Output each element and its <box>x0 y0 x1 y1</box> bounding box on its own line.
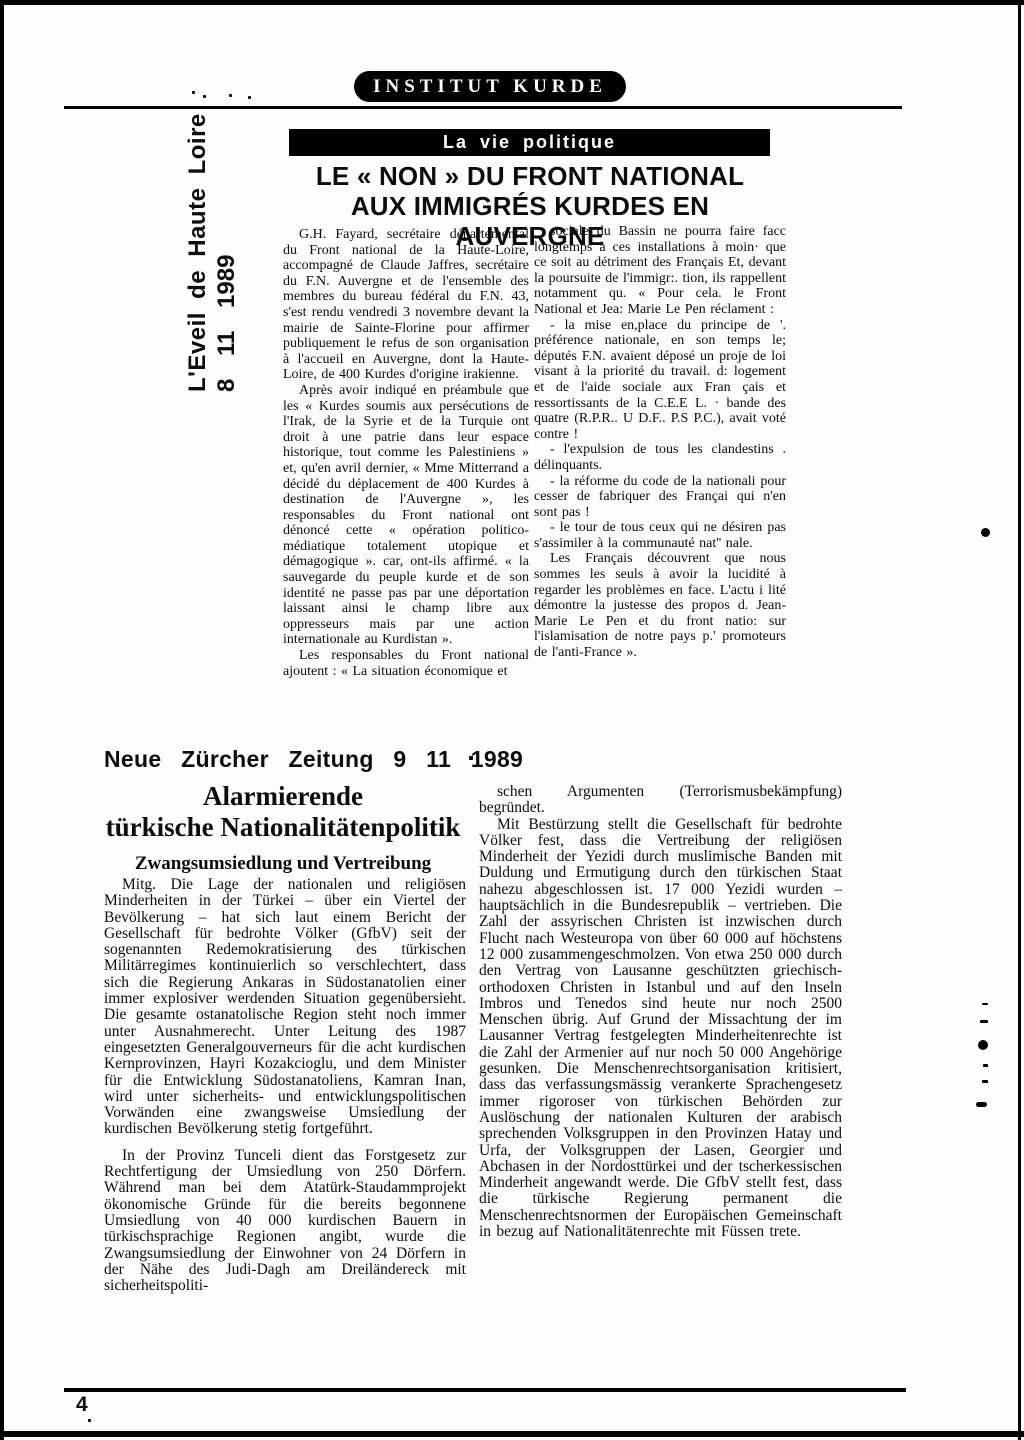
german-column-1: Mitg. Die Lage der nationalen und religi… <box>104 877 466 1294</box>
german-source-label: Neue Zürcher Zeitung 9 11 1989 <box>104 746 523 773</box>
page-border-right <box>1018 0 1021 1440</box>
paragraph: Après avoir indiqué en préambule que les… <box>283 383 529 648</box>
page-border-top <box>0 0 1024 5</box>
footer-rule <box>64 1388 906 1392</box>
page-border-bottom <box>0 1431 1024 1437</box>
scan-artifact <box>981 528 990 537</box>
scan-artifact <box>983 1064 988 1067</box>
scan-artifact <box>192 91 195 94</box>
paragraph: Les Français découvrent que nous sommes … <box>534 551 786 660</box>
french-source-date: 8 11 1989 <box>212 113 241 392</box>
paragraph: - l'expulsion de tous les clandestins . … <box>534 442 786 473</box>
scan-artifact <box>980 1020 988 1023</box>
french-column-1: G.H. Fayard, secrétaire départemental du… <box>283 227 529 679</box>
german-article-title-line2: türkische Nationalitätenpolitik <box>100 812 466 843</box>
scan-artifact <box>469 756 473 760</box>
page-border-left <box>0 0 4 1440</box>
section-banner: La vie politique <box>289 129 770 156</box>
institut-kurde-badge-label: INSTITUT KURDE <box>373 76 607 98</box>
german-article-subtitle: Zwangsumsiedlung und Vertreibung <box>100 848 466 879</box>
scan-artifact <box>982 1003 988 1005</box>
german-article-title-line1: Alarmierende <box>100 781 466 812</box>
paragraph: - la réforme du code de la nationali pou… <box>534 474 786 521</box>
paragraph: G.H. Fayard, secrétaire départemental du… <box>283 227 529 383</box>
scan-artifact <box>88 1419 91 1422</box>
page-number: 4 <box>76 1393 88 1417</box>
scan-artifact <box>248 96 251 99</box>
header-rule <box>64 106 902 109</box>
paragraph: schen Argumenten (Terrorismusbekämpfung)… <box>479 784 842 817</box>
paragraph: - la mise en,place du principe de '. pré… <box>534 318 786 443</box>
french-column-2: sociale du Bassin ne pourra faire facc l… <box>534 224 786 661</box>
french-source-label: L'Eveil de Haute Loire 8 11 1989 <box>183 113 241 392</box>
scan-artifact <box>976 1102 987 1107</box>
scan-artifact <box>982 1080 988 1083</box>
german-article-title: Alarmierende türkische Nationalitätenpol… <box>100 781 466 879</box>
german-column-2: schen Argumenten (Terrorismusbekämpfung)… <box>479 784 842 1240</box>
scan-artifact <box>203 95 206 98</box>
french-article-title-line1: LE « NON » DU FRONT NATIONAL <box>280 161 780 191</box>
paragraph: sociale du Bassin ne pourra faire facc l… <box>534 224 786 318</box>
paragraph: Les responsables du Front national ajout… <box>283 648 529 679</box>
scan-artifact <box>978 1040 988 1050</box>
paragraph: Mit Bestürzung stellt die Gesellschaft f… <box>479 817 842 1241</box>
french-source-name: L'Eveil de Haute Loire <box>183 113 212 392</box>
paragraph: In der Provinz Tunceli dient das Forstge… <box>104 1148 466 1295</box>
paragraph: Mitg. Die Lage der nationalen und religi… <box>104 877 466 1138</box>
section-banner-label: La vie politique <box>443 132 616 153</box>
institut-kurde-badge: INSTITUT KURDE <box>354 71 626 102</box>
scan-artifact <box>229 94 232 97</box>
paragraph: - le tour de tous ceux qui ne désiren pa… <box>534 520 786 551</box>
